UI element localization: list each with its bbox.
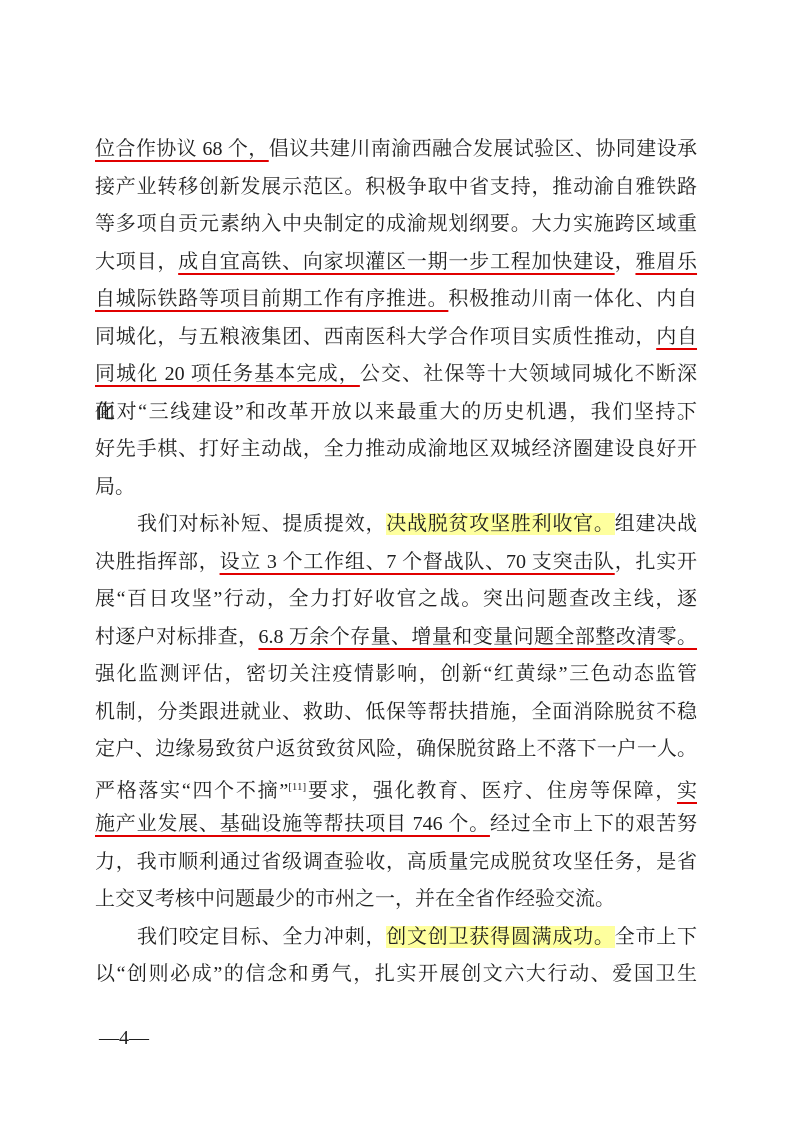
footnote-reference: [11] bbox=[288, 781, 306, 793]
body-text: 经过全市上下的艰苦努 bbox=[490, 813, 697, 835]
body-text: ，扎实开 bbox=[615, 551, 697, 573]
text-line: 同城化 20 项任务基本完成，公交、社保等十大领域同城化不断深化。 bbox=[95, 356, 697, 394]
body-text: 积极推动川南一体化、内自 bbox=[448, 288, 697, 310]
body-text: 好先手棋、打好主动战，全力推动成渝地区双城经济圈建设良好开 bbox=[95, 438, 697, 460]
body-text: 要求，强化教育、医疗、住房等保障， bbox=[306, 780, 677, 802]
text-line: 上交叉考核中问题最少的市州之一，并在全省作经验交流。 bbox=[95, 881, 697, 919]
body-text: 全市上下 bbox=[615, 926, 697, 948]
text-line: 好先手棋、打好主动战，全力推动成渝地区双城经济圈建设良好开 bbox=[95, 431, 697, 469]
red-underlined-text: 自城际铁路等项目前期工作有序推进。 bbox=[95, 288, 448, 310]
text-line: 力，我市顺利通过省级调查验收，高质量完成脱贫攻坚任务，是省 bbox=[95, 844, 697, 882]
text-line: 我们咬定目标、全力冲刺，创文创卫获得圆满成功。全市上下 bbox=[95, 919, 697, 957]
text-line: 严格落实“四个不摘”[11]要求，强化教育、医疗、住房等保障，实 bbox=[95, 769, 697, 807]
text-line: 接产业转移创新发展示范区。积极争取中省支持，推动渝自雅铁路 bbox=[95, 169, 697, 207]
red-underlined-text: 位合作协议 68 个， bbox=[95, 138, 269, 160]
highlighted-text: 决战脱贫攻坚胜利收官。 bbox=[386, 513, 614, 535]
text-line: 大项目，成自宜高铁、向家坝灌区一期一步工程加快建设，雅眉乐 bbox=[95, 244, 697, 282]
text-line: 村逐户对标排查，6.8 万余个存量、增量和变量问题全部整改清零。 bbox=[95, 619, 697, 657]
text-line: 施产业发展、基础设施等帮扶项目 746 个。经过全市上下的艰苦努 bbox=[95, 806, 697, 844]
body-text: 机制，分类跟进就业、救助、低保等帮扶措施，全面消除脱贫不稳 bbox=[95, 701, 697, 723]
body-text: 村逐户对标排查， bbox=[95, 626, 258, 648]
red-underlined-text: 内自 bbox=[656, 326, 697, 348]
body-text: 面对“三线建设”和改革开放以来最重大的历史机遇，我们坚持下 bbox=[95, 401, 697, 423]
red-underlined-text: 6.8 万余个存量、增量和变量问题全部整改清零。 bbox=[258, 626, 697, 648]
text-line: 以“创则必成”的信念和勇气，扎实开展创文六大行动、爱国卫生 bbox=[95, 956, 697, 994]
text-line: 局。 bbox=[95, 469, 697, 507]
red-underlined-text: 同城化 20 项任务基本完成， bbox=[95, 363, 360, 385]
red-underlined-text: 实 bbox=[677, 780, 697, 802]
text-line: 机制，分类跟进就业、救助、低保等帮扶措施，全面消除脱贫不稳 bbox=[95, 694, 697, 732]
text-line: 等多项自贡元素纳入中央制定的成渝规划纲要。大力实施跨区域重 bbox=[95, 206, 697, 244]
document-page: { "styles": { "text_color": "#1f1f1f", "… bbox=[0, 0, 793, 1122]
body-text: 严格落实“四个不摘” bbox=[95, 780, 288, 802]
text-line: 自城际铁路等项目前期工作有序推进。积极推动川南一体化、内自 bbox=[95, 281, 697, 319]
body-text: 展“百日攻坚”行动，全力打好收官之战。突出问题查改主线，逐 bbox=[95, 588, 697, 610]
body-text: 我们对标补短、提质提效， bbox=[137, 513, 386, 535]
body-text: 局。 bbox=[95, 476, 135, 498]
body-text: 以“创则必成”的信念和勇气，扎实开展创文六大行动、爱国卫生 bbox=[95, 963, 697, 985]
body-text: 接产业转移创新发展示范区。积极争取中省支持，推动渝自雅铁路 bbox=[95, 176, 697, 198]
body-text: 大项目， bbox=[95, 251, 178, 273]
body-text: 强化监测评估，密切关注疫情影响，创新“红黄绿”三色动态监管 bbox=[95, 663, 697, 685]
body-text: ， bbox=[615, 251, 636, 273]
body-text: 等多项自贡元素纳入中央制定的成渝规划纲要。大力实施跨区域重 bbox=[95, 213, 697, 235]
red-underlined-text: 成自宜高铁、向家坝灌区一期一步工程加快建设 bbox=[178, 251, 615, 273]
text-line: 展“百日攻坚”行动，全力打好收官之战。突出问题查改主线，逐 bbox=[95, 581, 697, 619]
text-line: 位合作协议 68 个，倡议共建川南渝西融合发展试验区、协同建设承 bbox=[95, 131, 697, 169]
text-line: 强化监测评估，密切关注疫情影响，创新“红黄绿”三色动态监管 bbox=[95, 656, 697, 694]
body-text: 决胜指挥部， bbox=[95, 551, 220, 573]
text-line: 决胜指挥部，设立 3 个工作组、7 个督战队、70 支突击队，扎实开 bbox=[95, 544, 697, 582]
body-text: 倡议共建川南渝西融合发展试验区、协同建设承 bbox=[269, 138, 697, 160]
body-text: 我们咬定目标、全力冲刺， bbox=[137, 926, 386, 948]
highlighted-text: 创文创卫获得圆满成功。 bbox=[386, 926, 614, 948]
text-line: 定户、边缘易致贫户返贫致贫风险，确保脱贫路上不落下一户一人。 bbox=[95, 731, 697, 769]
body-text: 定户、边缘易致贫户返贫致贫风险，确保脱贫路上不落下一户一人。 bbox=[95, 738, 697, 760]
text-line: 面对“三线建设”和改革开放以来最重大的历史机遇，我们坚持下 bbox=[95, 394, 697, 432]
text-line: 同城化，与五粮液集团、西南医科大学合作项目实质性推动，内自 bbox=[95, 319, 697, 357]
text-line: 我们对标补短、提质提效，决战脱贫攻坚胜利收官。组建决战 bbox=[95, 506, 697, 544]
red-underlined-text: 设立 3 个工作组、7 个督战队、70 支突击队 bbox=[220, 551, 615, 573]
body-text: 组建决战 bbox=[615, 513, 697, 535]
red-underlined-text: 施产业发展、基础设施等帮扶项目 746 个。 bbox=[95, 813, 490, 835]
document-body: 位合作协议 68 个，倡议共建川南渝西融合发展试验区、协同建设承接产业转移创新发… bbox=[95, 131, 697, 994]
body-text: 力，我市顺利通过省级调查验收，高质量完成脱贫攻坚任务，是省 bbox=[95, 851, 697, 873]
red-underlined-text: 雅眉乐 bbox=[635, 251, 697, 273]
body-text: 同城化，与五粮液集团、西南医科大学合作项目实质性推动， bbox=[95, 326, 656, 348]
page-number: —4— bbox=[99, 1020, 149, 1058]
body-text: 上交叉考核中问题最少的市州之一，并在全省作经验交流。 bbox=[95, 888, 615, 910]
